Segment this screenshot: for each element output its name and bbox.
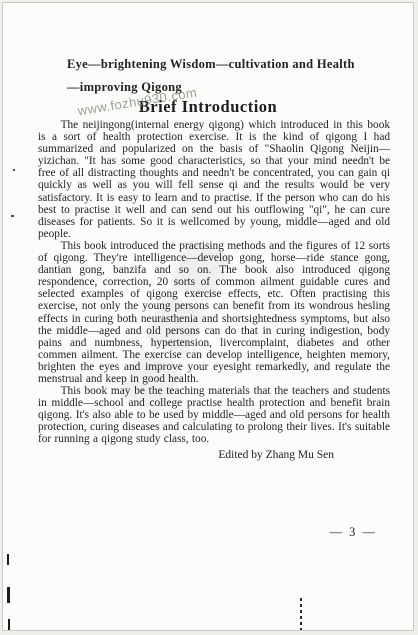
paragraph-2: This book introduced the practising meth… [38,240,390,385]
body-text: The neijingong(internal energy qigong) w… [38,119,390,461]
binding-dot [300,598,302,601]
page-number: — 3 — [330,525,378,540]
binding-dot-marks [300,598,302,631]
scan-edge-mark [7,554,9,565]
scan-speck [13,169,15,171]
scan-edge-mark [8,619,10,631]
scanned-book-page: www.fozhu930.com Eye—brightening Wisdom—… [2,2,414,631]
chapter-title: Eye—brightening Wisdom—cultivation and H… [67,53,367,99]
paragraph-1: The neijingong(internal energy qigong) w… [38,119,390,240]
scan-speck [11,215,14,217]
scan-edge-mark [7,587,10,603]
section-heading: Brief Introduction [3,97,413,117]
chapter-title-line-1: Eye—brightening Wisdom—cultivation and H… [67,53,367,76]
binding-dot [300,622,302,625]
paragraph-3: This book may be the teaching materials … [38,385,390,445]
editor-byline: Edited by Zhang Mu Sen [38,449,390,461]
binding-dot [300,610,302,613]
binding-dot [300,628,302,631]
binding-dot [300,604,302,607]
binding-dot [300,616,302,619]
chapter-title-line-2: —improving Qigong [67,76,367,99]
